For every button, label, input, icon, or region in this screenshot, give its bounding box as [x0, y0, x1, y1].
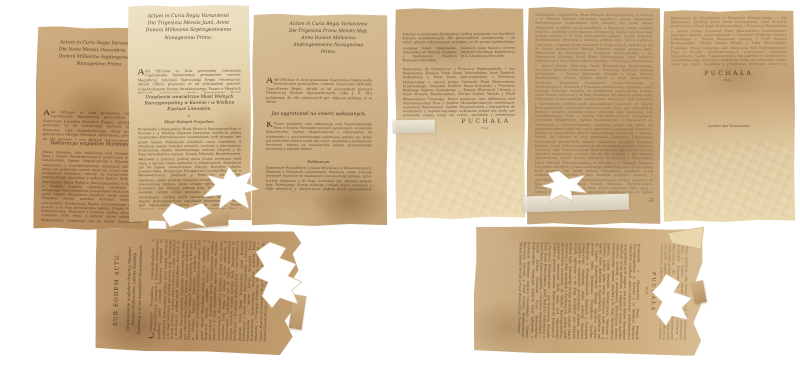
doc8-body-c: Deputowani do Konstytucyi: z Prowincyi W… — [517, 242, 556, 339]
doc1-dropcap: A — [43, 110, 50, 118]
doc3-dropcap2: K — [266, 122, 273, 130]
doc8-body-a: Ktokolwiek z Obywatelów Miast Wolnych Rz… — [590, 243, 641, 340]
doc5-body: Ktokolwiek z Obywatelów Miast Wolnych Rz… — [535, 13, 654, 195]
doc3-body1-text: Prawo ninieysze, iako deklaracyą woli Na… — [266, 122, 372, 152]
photo-of-documents: Actum in Curia Regia Varsaviensi, Die No… — [0, 0, 800, 367]
doc4-blank-emboss — [399, 140, 521, 215]
doc3-body2-text: Kommissye Porządkowe Cywilno-Woyskowe w … — [266, 166, 372, 193]
doc6-footline: Lectum per Kossowski. — [689, 124, 769, 128]
doc3-midline: Deklaracya. — [266, 159, 372, 165]
doc1-intro-text: Ad Officium et Acta praesentia Castrensi… — [43, 110, 144, 142]
doc3-heading: Actum in Curia Regia Varsaviensi Die Tri… — [288, 22, 368, 57]
torn-hole-doc8 — [652, 274, 692, 326]
corner-fold-doc8 — [668, 227, 704, 249]
doc1-intro: AAd Officium et Acta praesentia Castrens… — [43, 110, 144, 142]
torn-hole-doc5 — [541, 171, 587, 201]
doc7-body-b: Ktokolwiek z Obywatelów Miast Wolnych Rz… — [185, 240, 235, 341]
doc1-body-c: Kommissye Porządkowe Cywilno-Woyskowe w … — [41, 223, 141, 224]
doc3-intro-text: Ad Officium et Acta praesentia Castrensi… — [266, 78, 372, 104]
doc2-heading: Actum in Curia Regia Varsaviensi Die Tri… — [145, 13, 231, 42]
doc3-subheading: Jus aggratiandi na śmierć wskazanych. — [266, 112, 372, 118]
doc4-signature-suffix: mp. — [457, 126, 515, 130]
doc2-section-numeral: I. — [142, 113, 237, 119]
doc7-dropcap: C — [149, 332, 157, 339]
doc3-dropcap: A — [266, 78, 273, 86]
doc2-dropcap: A — [138, 69, 145, 77]
doc1-body-b: Ktokolwiek z Obywatelów Miast Wolnych Rz… — [41, 177, 142, 224]
doc4-signature: PUCHAŁA — [457, 118, 515, 125]
torn-hole-doc7 — [252, 242, 302, 308]
document-sheet-6: Deputowani do Konstytucyi: z Prowincyi W… — [663, 10, 796, 222]
doc6-signature-suffix: mp. — [699, 78, 759, 82]
doc3-body2: Kommissye Porządkowe Cywilno-Woyskowe w … — [266, 166, 372, 193]
doc5-body-a: Ktokolwiek z Obywatelów Miast Wolnych Rz… — [535, 13, 653, 51]
doc4-col-left: Stanisław Nałęcz Małachowski, Referendar… — [403, 47, 457, 65]
doc4-signature-columns: Stanisław Nałęcz Małachowski, Referendar… — [403, 47, 515, 66]
doc4-body-top: kończąc w ninieyszey Konstytucyi, podług… — [403, 32, 515, 45]
tape-strip-doc4 — [393, 120, 435, 134]
doc4-body-top-text: kończąc w ninieyszey Konstytucyi, podług… — [403, 32, 515, 45]
doc3-body1: KPrawo ninieysze, iako deklaracyą woli N… — [266, 122, 372, 157]
doc7-title: SUB EODEM ACTU. — [113, 240, 122, 338]
doc5-page-number: 22 — [649, 197, 654, 202]
document-sheet-3: Actum in Curia Regia Varsaviensi Die Tri… — [251, 14, 388, 227]
doc6-body: Deputowani do Konstytucyi: z Prowincyi W… — [671, 16, 787, 66]
doc8-body: Ktokolwiek z Obywatelów Miast Wolnych Rz… — [485, 241, 641, 340]
doc2-intro: AAd Officium et Acta praesentia Castrens… — [138, 69, 241, 94]
doc7-body-a: Kommissye Porządkowe Cywilno-Woyskowe w … — [149, 239, 189, 340]
doc5-body-b: Deputowani do Konstytucyi: z Prowincyi W… — [535, 51, 653, 85]
doc2-section-caption: Miast Wolnych Przywileie. — [142, 119, 237, 125]
doc4-body-main: Deputowani do Konstytucyi: z Prowincyi W… — [403, 67, 515, 118]
doc8-body-b: Kommissye Porządkowe Cywilno-Woyskowe w … — [552, 242, 594, 339]
torn-hole-doc2-bottom — [162, 203, 212, 227]
doc6-body-b: Prawo ninieysze, iako deklaracyą woli Na… — [671, 45, 787, 66]
doc3-intro: AAd Officium et Acta praesentia Castrens… — [266, 78, 372, 107]
document-sheet-4: kończąc w ninieyszey Konstytucyi, podług… — [394, 8, 525, 220]
torn-paper-flap-doc8 — [691, 280, 707, 304]
doc5-body-c: Kommissye Porządkowe Cywilno-Woyskowe w … — [535, 80, 653, 114]
doc2-intro-text: Ad Officium et Acta praesentia Castrensi… — [138, 69, 241, 94]
doc2-subheading: Urządzenie wewnętrzne Miast Wolnych Rzec… — [142, 95, 237, 113]
doc6-blank-emboss — [667, 142, 791, 218]
doc1-body: Prawo ninieysze, iako deklaracyą woli Na… — [41, 150, 142, 224]
doc6-signature: PUCHAŁA — [699, 70, 759, 77]
doc1-subheading: Deklaracya względem Manifestów. — [45, 141, 141, 148]
doc4-col-right: Kazimierz Xiążę Sapieha, Generał Artylle… — [461, 47, 515, 65]
doc7-caption: Obwieszczenie względem Podatku Miastom N… — [125, 244, 143, 334]
